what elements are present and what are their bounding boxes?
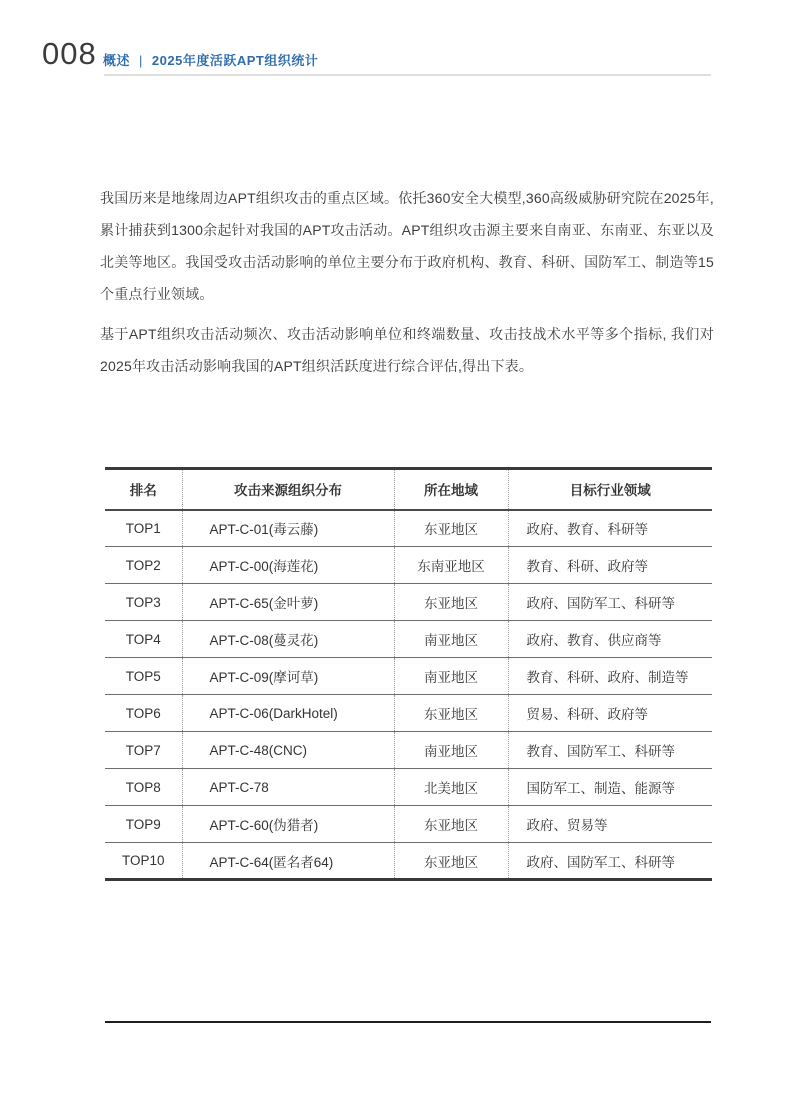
paragraph-overview: 我国历来是地缘周边APT组织攻击的重点区域。依托360安全大模型,360高级威胁… [100, 182, 714, 310]
org-cell: APT-C-78 [182, 769, 394, 806]
table-row: TOP5 APT-C-09(摩诃草) 南亚地区 教育、科研、政府、制造等 [105, 658, 712, 695]
industries-cell: 国防军工、制造、能源等 [508, 769, 712, 806]
header-rule [104, 74, 711, 76]
table-row: TOP6 APT-C-06(DarkHotel) 东亚地区 贸易、科研、政府等 [105, 695, 712, 732]
rank-cell: TOP1 [105, 510, 182, 547]
column-header-org: 攻击来源组织分布 [182, 469, 394, 510]
rank-cell: TOP3 [105, 584, 182, 621]
org-cell: APT-C-06(DarkHotel) [182, 695, 394, 732]
org-cell: APT-C-48(CNC) [182, 732, 394, 769]
region-cell: 东亚地区 [394, 510, 508, 547]
industries-cell: 政府、贸易等 [508, 806, 712, 843]
org-cell: APT-C-60(伪猎者) [182, 806, 394, 843]
org-cell: APT-C-65(金叶萝) [182, 584, 394, 621]
region-cell: 南亚地区 [394, 658, 508, 695]
footer-rule [105, 1021, 711, 1023]
table-row: TOP10 APT-C-64(匿名者64) 东亚地区 政府、国防军工、科研等 [105, 843, 712, 880]
industries-cell: 教育、科研、政府等 [508, 547, 712, 584]
industries-cell: 贸易、科研、政府等 [508, 695, 712, 732]
region-cell: 南亚地区 [394, 732, 508, 769]
rank-cell: TOP4 [105, 621, 182, 658]
breadcrumb-separator: | [139, 53, 143, 68]
region-cell: 南亚地区 [394, 621, 508, 658]
table-row: TOP8 APT-C-78 北美地区 国防军工、制造、能源等 [105, 769, 712, 806]
table-row: TOP2 APT-C-00(海莲花) 东南亚地区 教育、科研、政府等 [105, 547, 712, 584]
table-row: TOP7 APT-C-48(CNC) 南亚地区 教育、国防军工、科研等 [105, 732, 712, 769]
org-cell: APT-C-64(匿名者64) [182, 843, 394, 880]
region-cell: 北美地区 [394, 769, 508, 806]
breadcrumb: 概述|2025年度活跃APT组织统计 [103, 50, 318, 69]
region-cell: 东亚地区 [394, 806, 508, 843]
industries-cell: 政府、国防军工、科研等 [508, 584, 712, 621]
breadcrumb-section: 概述 [103, 53, 130, 68]
industries-cell: 教育、科研、政府、制造等 [508, 658, 712, 695]
org-cell: APT-C-01(毒云藤) [182, 510, 394, 547]
table-row: TOP4 APT-C-08(蔓灵花) 南亚地区 政府、教育、供应商等 [105, 621, 712, 658]
org-cell: APT-C-08(蔓灵花) [182, 621, 394, 658]
rank-cell: TOP5 [105, 658, 182, 695]
industries-cell: 教育、国防军工、科研等 [508, 732, 712, 769]
rank-cell: TOP10 [105, 843, 182, 880]
industries-cell: 政府、国防军工、科研等 [508, 843, 712, 880]
page-number: 008 [42, 36, 97, 72]
table-row: TOP1 APT-C-01(毒云藤) 东亚地区 政府、教育、科研等 [105, 510, 712, 547]
org-cell: APT-C-00(海莲花) [182, 547, 394, 584]
region-cell: 东亚地区 [394, 584, 508, 621]
region-cell: 东南亚地区 [394, 547, 508, 584]
region-cell: 东亚地区 [394, 843, 508, 880]
industries-cell: 政府、教育、供应商等 [508, 621, 712, 658]
paragraph-method: 基于APT组织攻击活动频次、攻击活动影响单位和终端数量、攻击技战术水平等多个指标… [100, 318, 714, 382]
report-page: 008 概述|2025年度活跃APT组织统计 我国历来是地缘周边APT组织攻击的… [0, 0, 805, 1100]
table-row: TOP9 APT-C-60(伪猎者) 东亚地区 政府、贸易等 [105, 806, 712, 843]
table-row: TOP3 APT-C-65(金叶萝) 东亚地区 政府、国防军工、科研等 [105, 584, 712, 621]
column-header-rank: 排名 [105, 469, 182, 510]
rank-cell: TOP2 [105, 547, 182, 584]
apt-top10-table: 排名 攻击来源组织分布 所在地域 目标行业领域 TOP1 APT-C-01(毒云… [105, 467, 712, 881]
industries-cell: 政府、教育、科研等 [508, 510, 712, 547]
breadcrumb-title: 2025年度活跃APT组织统计 [152, 53, 318, 68]
rank-cell: TOP6 [105, 695, 182, 732]
org-cell: APT-C-09(摩诃草) [182, 658, 394, 695]
rank-cell: TOP7 [105, 732, 182, 769]
region-cell: 东亚地区 [394, 695, 508, 732]
table-header-row: 排名 攻击来源组织分布 所在地域 目标行业领域 [105, 469, 712, 510]
column-header-industries: 目标行业领域 [508, 469, 712, 510]
rank-cell: TOP9 [105, 806, 182, 843]
rank-cell: TOP8 [105, 769, 182, 806]
column-header-region: 所在地域 [394, 469, 508, 510]
